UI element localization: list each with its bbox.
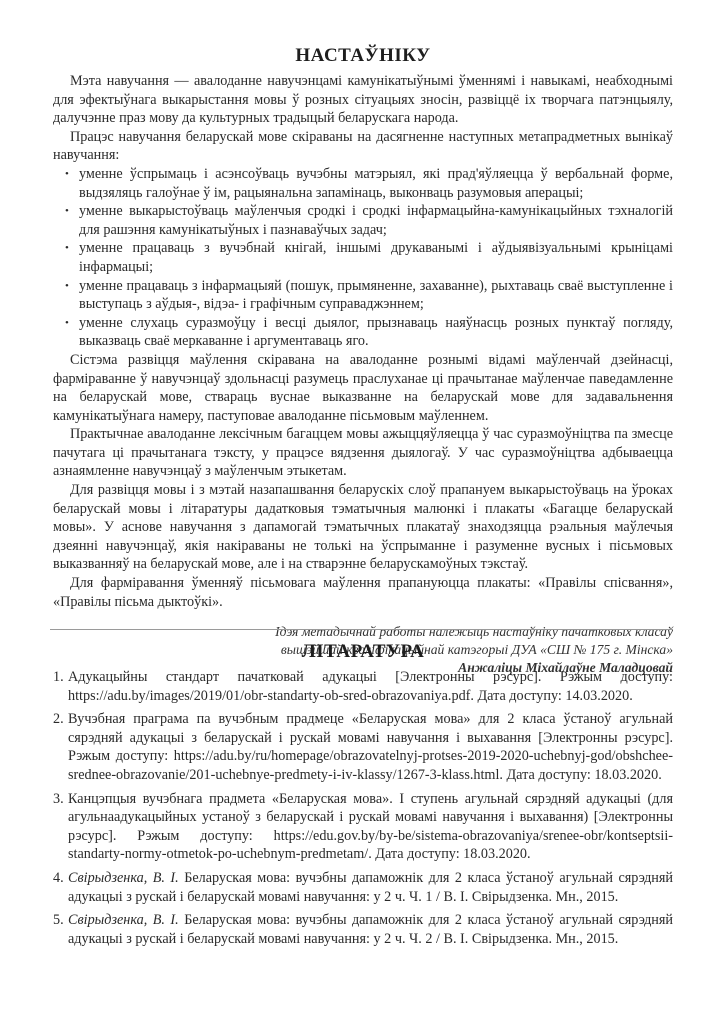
body-paragraph: Для фарміравання ўменняў пісьмовага маўл… — [53, 574, 673, 611]
outcome-text: уменне працаваць з інфармацыяй (пошук, п… — [79, 278, 673, 313]
reference-number: 1. — [53, 668, 64, 687]
reference-author: Свірыдзенка, В. І. — [68, 870, 179, 886]
reference-number: 3. — [53, 790, 64, 809]
body-paragraph: Практычнае авалоданне лексічным багаццем… — [53, 425, 673, 481]
teacher-section-title: НАСТАЎНІКУ — [53, 44, 673, 68]
reference-number: 5. — [53, 911, 64, 930]
outcomes-list: • уменне ўспрымаць і асэнсоўваць вучэбны… — [53, 165, 673, 351]
outcome-text: уменне працаваць з вучэбнай кнігай, іншы… — [79, 240, 673, 275]
outcome-item: • уменне працаваць з вучэбнай кнігай, ін… — [65, 239, 673, 276]
reference-item: 3. Канцэпцыя вучэбнага прадмета «Беларус… — [53, 790, 673, 864]
bullet-icon: • — [65, 165, 69, 184]
outcome-item: • уменне ўспрымаць і асэнсоўваць вучэбны… — [65, 165, 673, 202]
reference-item: 2. Вучэбная праграма па вучэбным прадмец… — [53, 710, 673, 784]
outcome-item: • уменне выкарыстоўваць маўленчыя сродкі… — [65, 202, 673, 239]
bullet-icon: • — [65, 202, 69, 221]
outcome-text: уменне ўспрымаць і асэнсоўваць вучэбны м… — [79, 166, 673, 201]
bullet-icon: • — [65, 277, 69, 296]
outcome-item: • уменне слухаць суразмоўцу і весці дыял… — [65, 314, 673, 351]
reference-number: 2. — [53, 710, 64, 729]
intro-paragraph: Мэта навучання — авалоданне навучэнцамі … — [53, 72, 673, 128]
reference-item: 1. Адукацыйны стандарт пачатковай адукац… — [53, 668, 673, 705]
literature-section: ЛІТАРАТУРА 1. Адукацыйны стандарт пачатк… — [53, 640, 673, 953]
reference-item: 5. Свірыдзенка, В. І. Беларуская мова: в… — [53, 911, 673, 948]
section-divider — [50, 629, 672, 630]
reference-item: 4. Свірыдзенка, В. І. Беларуская мова: в… — [53, 869, 673, 906]
reference-list: 1. Адукацыйны стандарт пачатковай адукац… — [53, 668, 673, 948]
literature-section-title: ЛІТАРАТУРА — [53, 640, 673, 664]
bullet-icon: • — [65, 239, 69, 258]
body-paragraph: Сістэма развіцця маўлення скіравана на а… — [53, 351, 673, 425]
teacher-section: НАСТАЎНІКУ Мэта навучання — авалоданне н… — [53, 44, 673, 677]
reference-author: Свірыдзенка, В. І. — [68, 912, 179, 928]
reference-number: 4. — [53, 869, 64, 888]
reference-text: Канцэпцыя вучэбнага прадмета «Беларуская… — [68, 791, 673, 863]
bullet-icon: • — [65, 314, 69, 333]
body-paragraph: Для развіцця мовы і з мэтай назапашвання… — [53, 481, 673, 574]
outcome-text: уменне выкарыстоўваць маўленчыя сродкі і… — [79, 203, 673, 238]
reference-text: Адукацыйны стандарт пачатковай адукацыі … — [68, 669, 673, 704]
outcome-text: уменне слухаць суразмоўцу і весці дыялог… — [79, 315, 673, 350]
reference-text: Вучэбная праграма па вучэбным прадмеце «… — [68, 711, 673, 783]
intro-paragraph: Працэс навучання беларускай мове скірава… — [53, 128, 673, 165]
outcome-item: • уменне працаваць з інфармацыяй (пошук,… — [65, 277, 673, 314]
signature-line: Ідэя метадычнай работы належыць настаўні… — [53, 623, 673, 641]
